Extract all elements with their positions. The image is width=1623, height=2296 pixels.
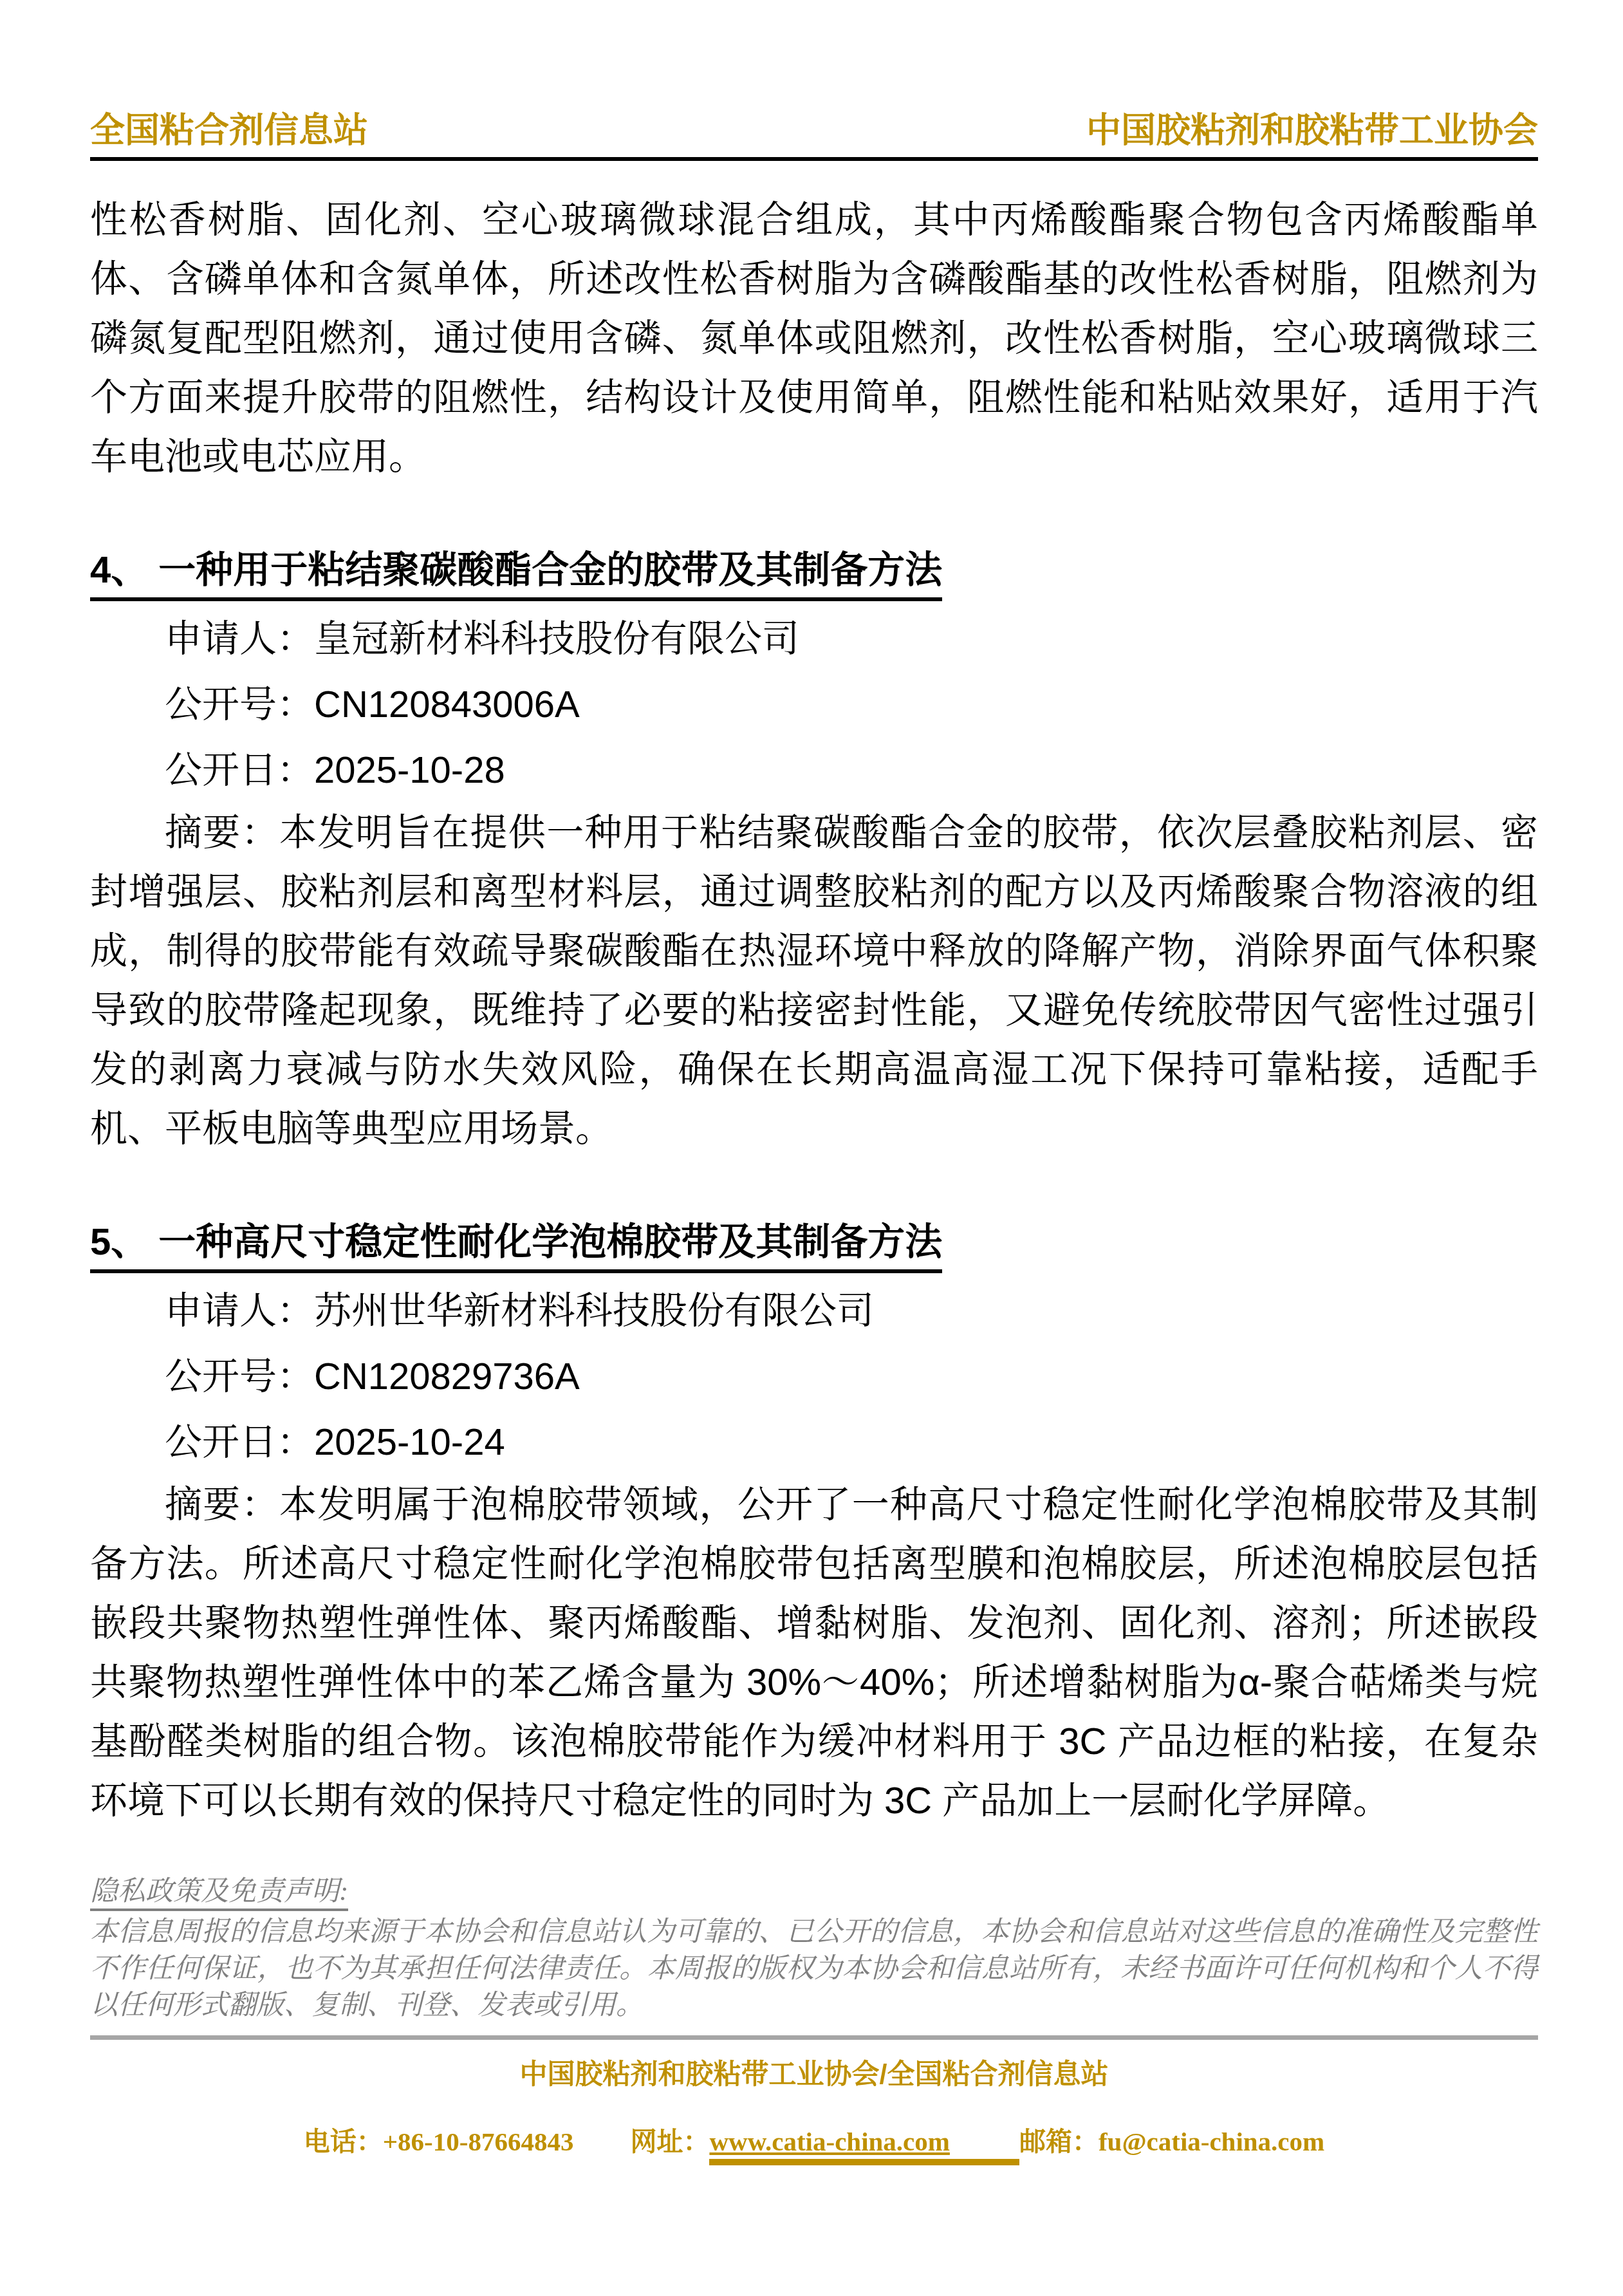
newsletter-body: 性松香树脂、固化剂、空心玻璃微球混合组成，其中丙烯酸酯聚合物包含丙烯酸酯单体、含… (90, 191, 1538, 1831)
applicant-value: 苏州世华新材料科技股份有限公司 (314, 1290, 874, 1332)
privacy-title: 隐私政策及免责声明: (90, 1873, 1538, 1910)
footer-contact-line: 电话：+86-10-87664843网址：www.catia-china.com… (90, 2120, 1538, 2158)
applicant-label: 申请人： (165, 1290, 314, 1332)
applicant-label: 申请人： (165, 618, 314, 660)
patent-5-pubno-row: 公开号：CN120829736A (165, 1344, 1538, 1410)
patent-4-title: 4、 一种用于粘结聚碳酸酯合金的胶带及其制备方法 (90, 541, 1538, 600)
phone-number: +86-10-87664843 (383, 2127, 574, 2156)
patent-4-pubdate-row: 公开日：2025-10-28 (165, 738, 1538, 803)
patent-5-title-text: 5、 一种高尺寸稳定性耐化学泡棉胶带及其制备方法 (90, 1221, 942, 1273)
patent-5-title: 5、 一种高尺寸稳定性耐化学泡棉胶带及其制备方法 (90, 1213, 1538, 1272)
patent-5-applicant-row: 申请人：苏州世华新材料科技股份有限公司 (165, 1278, 1538, 1344)
intro-paragraph: 性松香树脂、固化剂、空心玻璃微球混合组成，其中丙烯酸酯聚合物包含丙烯酸酯单体、含… (90, 191, 1538, 487)
privacy-title-text: 隐私政策及免责声明: (90, 1876, 348, 1911)
pubdate-value: 2025-10-28 (314, 749, 505, 791)
web-label: 网址： (630, 2127, 709, 2156)
website-link[interactable]: www.catia-china.com (709, 2127, 1019, 2165)
privacy-disclaimer: 隐私政策及免责声明: 本信息周报的信息均来源于本协会和信息站认为可靠的、已公开的… (90, 1873, 1538, 2024)
pubdate-label: 公开日： (165, 1421, 314, 1463)
applicant-value: 皇冠新材料科技股份有限公司 (314, 618, 799, 660)
patent-5-abstract: 摘要：本发明属于泡棉胶带领域，公开了一种高尺寸稳定性耐化学泡棉胶带及其制备方法。… (90, 1475, 1538, 1831)
pubno-label: 公开号： (165, 684, 314, 725)
pubdate-value: 2025-10-24 (314, 1421, 505, 1463)
patent-item-5: 5、 一种高尺寸稳定性耐化学泡棉胶带及其制备方法 申请人：苏州世华新材料科技股份… (90, 1213, 1538, 1831)
footer-divider (90, 2035, 1538, 2040)
pubdate-label: 公开日： (165, 749, 314, 791)
newsletter-page: 全国粘合剂信息站 中国胶粘剂和胶粘带工业协会 性松香树脂、固化剂、空心玻璃微球混… (0, 0, 1623, 2296)
patent-4-pubno-row: 公开号：CN120843006A (165, 672, 1538, 738)
email-label: 邮箱： (1019, 2127, 1099, 2156)
page-footer: 隐私政策及免责声明: 本信息周报的信息均来源于本协会和信息站认为可靠的、已公开的… (90, 1873, 1538, 2158)
patent-4-abstract: 摘要：本发明旨在提供一种用于粘结聚碳酸酯合金的胶带，依次层叠胶粘剂层、密封增强层… (90, 803, 1538, 1159)
page-header: 全国粘合剂信息站 中国胶粘剂和胶粘带工业协会 (90, 0, 1538, 161)
footer-org-line: 中国胶粘剂和胶粘带工业协会/全国粘合剂信息站 (90, 2053, 1538, 2092)
email-link[interactable]: fu@catia-china.com (1099, 2127, 1324, 2156)
pubno-value: CN120843006A (314, 684, 580, 725)
pubno-value: CN120829736A (314, 1356, 580, 1397)
pubno-label: 公开号： (165, 1356, 314, 1397)
header-right-org: 中国胶粘剂和胶粘带工业协会 (1086, 111, 1538, 151)
privacy-body: 本信息周报的信息均来源于本协会和信息站认为可靠的、已公开的信息，本协会和信息站对… (90, 1914, 1538, 2024)
patent-4-title-text: 4、 一种用于粘结聚碳酸酯合金的胶带及其制备方法 (90, 549, 942, 601)
phone-label: 电话： (304, 2127, 383, 2156)
header-left-org: 全国粘合剂信息站 (90, 111, 368, 151)
patent-4-applicant-row: 申请人：皇冠新材料科技股份有限公司 (165, 606, 1538, 672)
patent-5-pubdate-row: 公开日：2025-10-24 (165, 1410, 1538, 1475)
patent-item-4: 4、 一种用于粘结聚碳酸酯合金的胶带及其制备方法 申请人：皇冠新材料科技股份有限… (90, 541, 1538, 1159)
